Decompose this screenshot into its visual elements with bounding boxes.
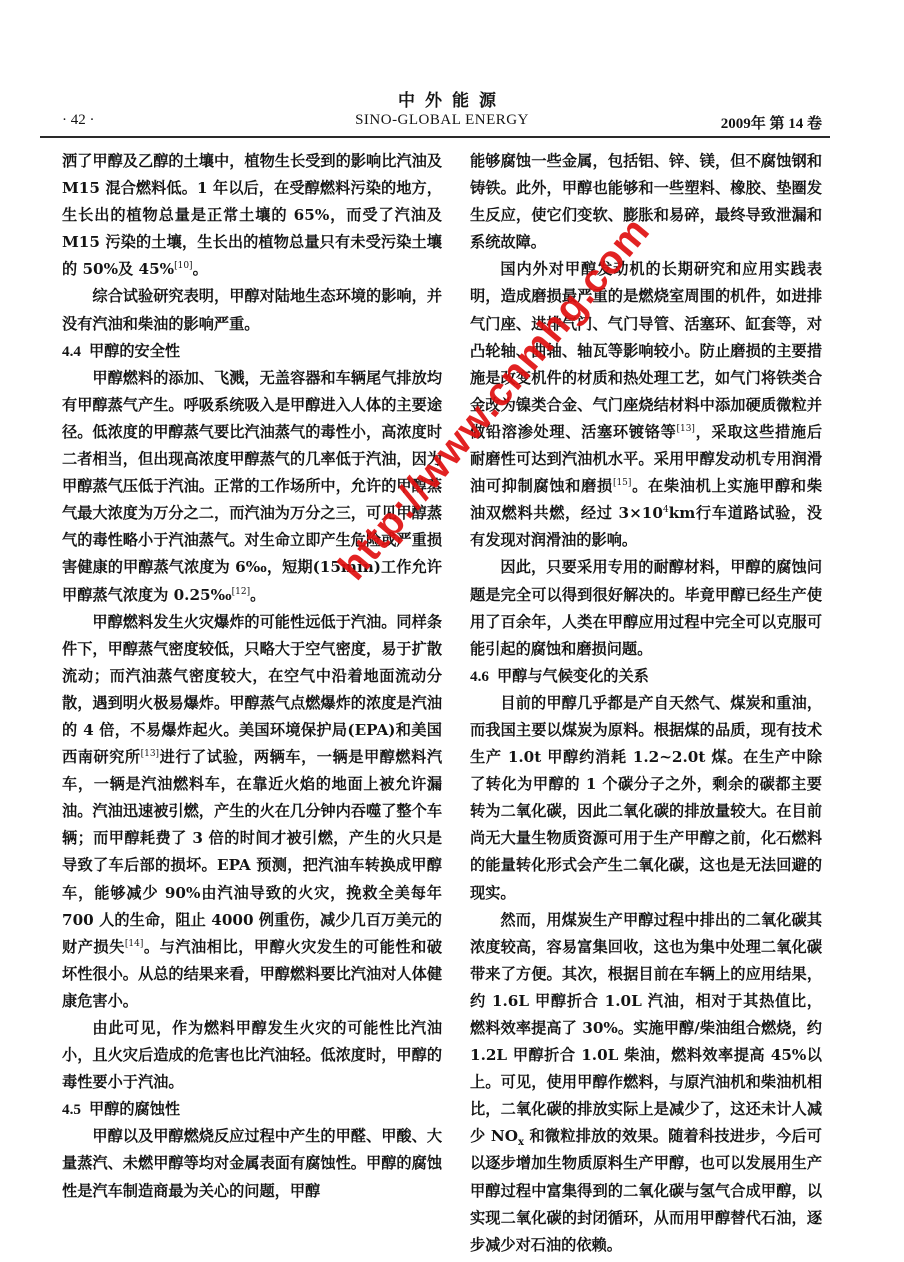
- paragraph: 国内外对甲醇发动机的长期研究和应用实践表明，造成磨损最严重的是燃烧室周围的机件，…: [470, 256, 822, 554]
- section-heading-4-6: 4.6甲醇与气候变化的关系: [470, 663, 822, 690]
- paragraph: 甲醇以及甲醇燃烧反应过程中产生的甲醛、甲酸、大量蒸汽、未燃甲醇等均对金属表面有腐…: [62, 1123, 442, 1204]
- section-heading-4-5: 4.5甲醇的腐蚀性: [62, 1096, 442, 1123]
- citation: [13]: [676, 424, 694, 434]
- paragraph: 甲醇燃料发生火灾爆炸的可能性远低于汽油。同样条件下，甲醇蒸气密度较低，只略大于空…: [62, 609, 442, 1015]
- paragraph: 目前的甲醇几乎都是产自天然气、煤炭和重油，而我国主要以煤炭为原料。根据煤的品质，…: [470, 690, 822, 907]
- left-column: 洒了甲醇及乙醇的土壤中，植物生长受到的影响比汽油及 M15 混合燃料低。1 年以…: [62, 148, 442, 1205]
- volume-info: 2009年 第 14 卷: [721, 112, 822, 133]
- paragraph: 因此，只要采用专用的耐醇材料，甲醇的腐蚀问题是完全可以得到很好解决的。毕竟甲醇已…: [470, 554, 822, 662]
- paragraph: 甲醇燃料的添加、飞溅，无盖容器和车辆尾气排放均有甲醇蒸气产生。呼吸系统吸入是甲醇…: [62, 365, 442, 609]
- paragraph: 综合试验研究表明，甲醇对陆地生态环境的影响，并没有汽油和柴油的影响严重。: [62, 283, 442, 337]
- citation: [12]: [232, 587, 250, 597]
- running-header: · 42 · SINO-GLOBAL ENERGY 2009年 第 14 卷: [62, 112, 822, 134]
- citation: [15]: [613, 478, 631, 488]
- right-column: 能够腐蚀一些金属，包括铝、锌、镁，但不腐蚀钢和铸铁。此外，甲醇也能够和一些塑料、…: [470, 148, 822, 1259]
- paragraph: 洒了甲醇及乙醇的土壤中，植物生长受到的影响比汽油及 M15 混合燃料低。1 年以…: [62, 148, 442, 283]
- paragraph: 能够腐蚀一些金属，包括铝、锌、镁，但不腐蚀钢和铸铁。此外，甲醇也能够和一些塑料、…: [470, 148, 822, 256]
- journal-title-en: SINO-GLOBAL ENERGY: [62, 112, 822, 129]
- citation: [13]: [141, 749, 159, 759]
- paragraph: 由此可见，作为燃料甲醇发生火灾的可能性比汽油小，且火灾后造成的危害也比汽油轻。低…: [62, 1015, 442, 1096]
- section-heading-4-4: 4.4甲醇的安全性: [62, 338, 442, 365]
- journal-title-cn: 中外能源: [0, 86, 904, 111]
- header-divider: [40, 136, 830, 138]
- citation: [14]: [125, 939, 143, 949]
- citation: [10]: [174, 261, 192, 271]
- paragraph: 然而，用煤炭生产甲醇过程中排出的二氧化碳其浓度较高，容易富集回收，这也为集中处理…: [470, 907, 822, 1259]
